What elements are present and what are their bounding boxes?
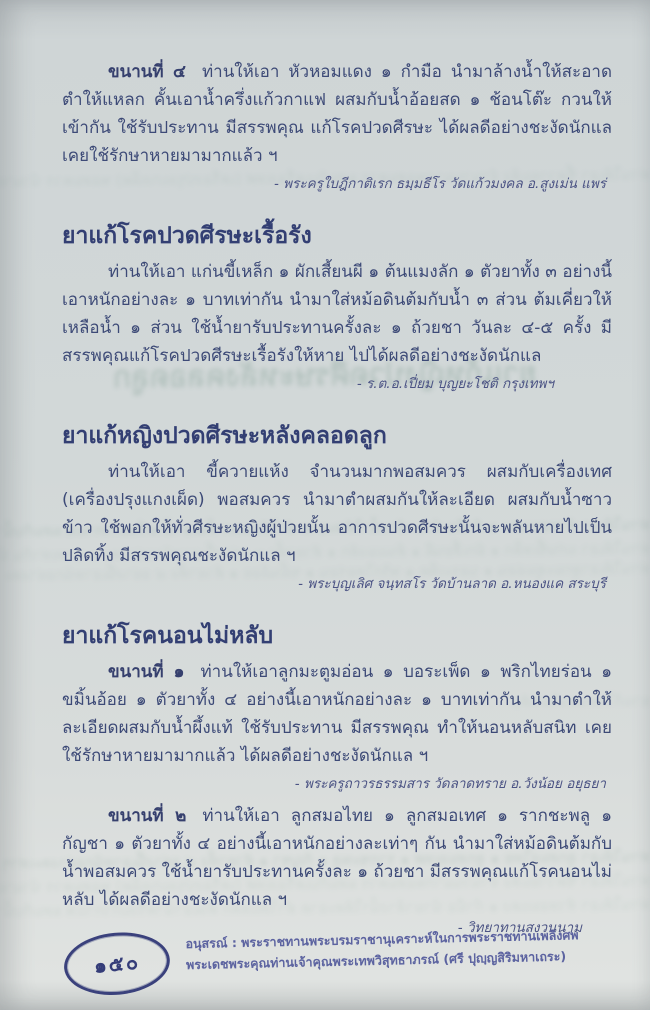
section-heading-chronic-headache: ยาแก้โรคปวดศีรษะเรื้อรัง <box>62 220 612 252</box>
recipe-paragraph: ท่านให้เอา แก่นขี้เหล็ก ๑ ผักเสี้ยนผี ๑ … <box>62 258 612 370</box>
recipe-paragraph: ขนานที่ ๔ท่านให้เอา หัวหอมแดง ๑ กำมือ นำ… <box>62 58 612 170</box>
page-number-stamp: ๑๕๐ <box>61 928 172 1000</box>
recipe-number-label: ขนานที่ ๒ <box>108 806 186 826</box>
contributor-signature: - พระครูใบฎีกาติเรก ธมฺมธีโร วัดแก้วมงคล… <box>62 174 606 194</box>
contributor-signature: - ร.ต.อ.เปี่ยม บุญยะโชติ กรุงเทพฯ <box>62 374 554 394</box>
section-heading-postpartum-headache: ยาแก้หญิงปวดศีรษะหลังคลอดลูก <box>62 420 612 452</box>
recipe-paragraph: ขนานที่ ๒ท่านให้เอา ลูกสมอไทย ๑ ลูกสมอเท… <box>62 802 612 914</box>
recipe-body-text: ท่านให้เอา แก่นขี้เหล็ก ๑ ผักเสี้ยนผี ๑ … <box>62 262 612 366</box>
recipe-number-label: ขนานที่ ๔ <box>108 62 186 82</box>
book-page: ท่านให้เอา ขี้ควายแห้ง จำนวนมากพอสมควร ผ… <box>0 0 650 1010</box>
recipe-paragraph: ขนานที่ ๑ท่านให้เอาลูกมะตูมอ่อน ๑ บอระเพ… <box>62 658 612 770</box>
recipe-body-text: ท่านให้เอา ขี้ควายแห้ง จำนวนมากพอสมควร ผ… <box>62 462 612 566</box>
recipe-paragraph: ท่านให้เอา ขี้ควายแห้ง จำนวนมากพอสมควร ผ… <box>62 458 612 570</box>
recipe-number-label: ขนานที่ ๑ <box>108 662 184 682</box>
section-heading-insomnia: ยาแก้โรคนอนไม่หลับ <box>62 620 612 652</box>
footer-memorial-text: อนุสรณ์ : พระราชทานพระบรมราชานุเคราะห์ใน… <box>185 923 616 975</box>
page-footer: ๑๕๐ อนุสรณ์ : พระราชทานพระบรมราชานุเคราะ… <box>0 909 650 1010</box>
page-text-column: ขนานที่ ๔ท่านให้เอา หัวหอมแดง ๑ กำมือ นำ… <box>0 0 650 938</box>
contributor-signature: - พระบุญเลิศ จนฺทสโร วัดบ้านลาด อ.หนองแค… <box>62 574 606 594</box>
contributor-signature: - พระครูถาวรธรรมสาร วัดลาดทราย อ.วังน้อย… <box>62 774 606 794</box>
